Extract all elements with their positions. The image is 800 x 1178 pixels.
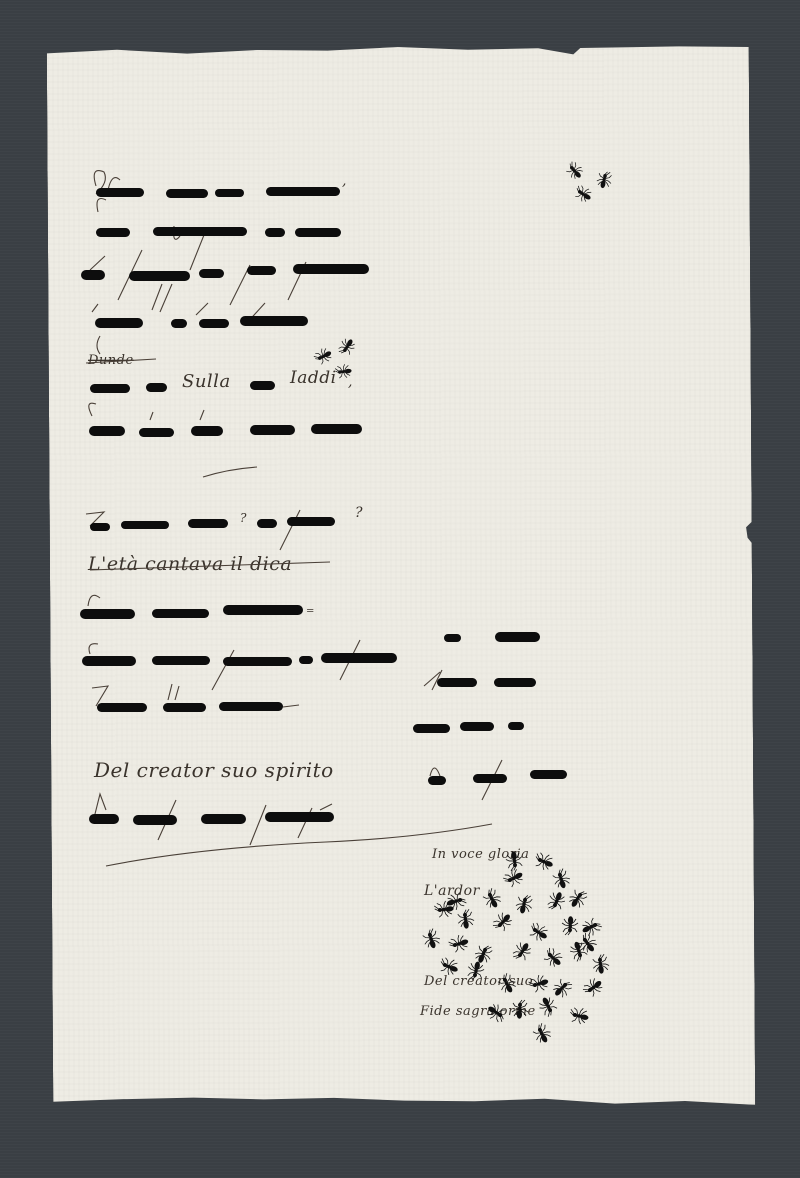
svg-text:L'ardor: L'ardor: [423, 883, 481, 899]
ant-cluster-text: In voce gloria L'ardor Del creator suo F…: [419, 847, 536, 1019]
svg-text:=: =: [306, 606, 315, 617]
line-11: [92, 684, 299, 712]
line-12: Del creator suo spirito: [93, 758, 334, 782]
ants-top-right: [564, 160, 613, 205]
stanza-1: , Dunde: [81, 171, 369, 437]
line-3: [81, 250, 369, 312]
line-8: L'età cantava il dica: [87, 553, 330, 575]
stanza-2: ? ? L'età cantava il dica =: [80, 505, 492, 866]
separator-dash: [203, 467, 257, 477]
legible-word-sulla: Sulla: [182, 371, 231, 392]
svg-text:?: ?: [240, 511, 247, 525]
question-mark: ?: [355, 505, 363, 521]
line-7: ? ?: [86, 505, 363, 550]
right-column: [413, 632, 567, 800]
line-10: [82, 640, 397, 690]
legible-line-creator: Del creator suo spirito: [93, 758, 334, 782]
legible-word-iaddi: Iaddi: [289, 368, 337, 388]
line-2: [96, 199, 341, 271]
manuscript-ink-layer: , Dunde: [0, 0, 800, 1178]
svg-text:Del creator suo: Del creator suo: [423, 974, 533, 989]
line-1: ,: [94, 171, 347, 198]
svg-text:,: ,: [348, 374, 353, 390]
line-5: Dunde Sulla Iaddi ,: [86, 353, 353, 393]
comma-mark: ,: [342, 173, 347, 189]
line-9: =: [80, 595, 315, 619]
line-6: [89, 403, 362, 437]
line-4: [92, 303, 308, 354]
line-13: [89, 794, 334, 845]
